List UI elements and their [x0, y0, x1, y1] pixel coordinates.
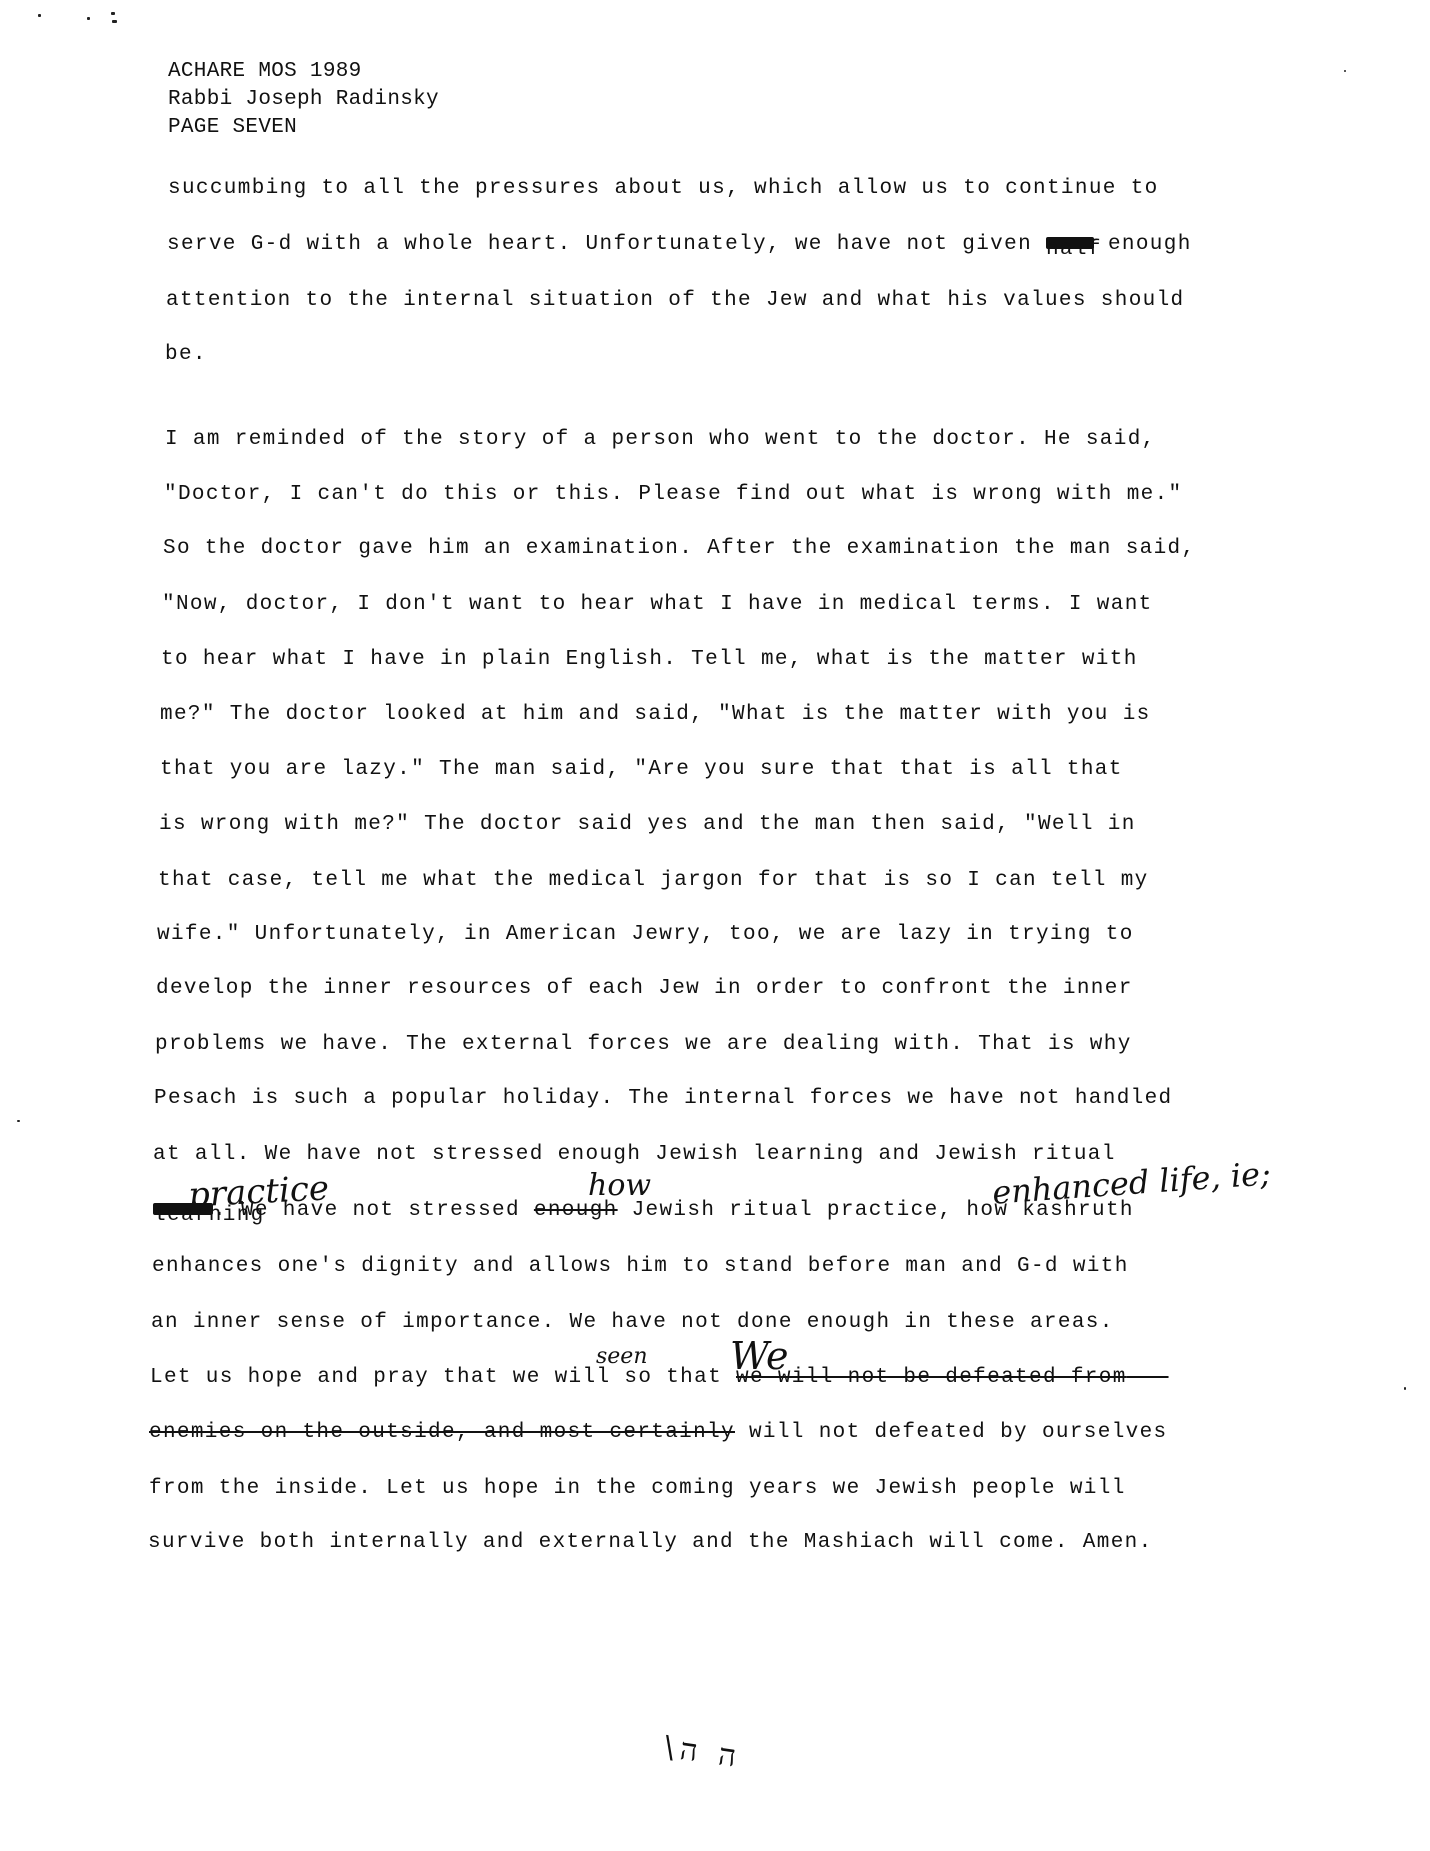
text-line: problems we have. The external forces we… — [155, 1032, 1132, 1058]
text-line: me?" The doctor looked at him and said, … — [160, 702, 1151, 728]
text-line: from the inside. Let us hope in the comi… — [149, 1476, 1126, 1502]
text-line: learning. We have not stressed enough Je… — [153, 1198, 1134, 1224]
text-line: enhances one's dignity and allows him to… — [152, 1254, 1129, 1280]
sermon-title: ACHARE MOS 1989 — [168, 58, 439, 86]
text-line: survive both internally and externally a… — [148, 1530, 1153, 1556]
author-name: Rabbi Joseph Radinsky — [168, 86, 439, 114]
text-segment: will not defeated by ourselves — [749, 1421, 1168, 1444]
struck-word-learning: learning — [153, 1203, 213, 1215]
scan-speck — [38, 14, 41, 17]
text-line: develop the inner resources of each Jew … — [156, 976, 1133, 1002]
text-line: be. — [165, 342, 207, 368]
handwritten-page-number: \ה ה — [662, 1730, 744, 1776]
scan-speck — [17, 1120, 20, 1122]
text-line: is wrong with me?" The doctor said yes a… — [159, 812, 1136, 838]
text-line: wife." Unfortunately, in American Jewry,… — [157, 922, 1134, 948]
text-segment: serve G-d with a whole heart. Unfortunat… — [167, 233, 1032, 256]
text-line: Let us hope and pray that we will so tha… — [150, 1365, 1169, 1391]
document-page: ACHARE MOS 1989 Rabbi Joseph Radinsky PA… — [0, 0, 1430, 1851]
text-line: "Doctor, I can't do this or this. Please… — [164, 482, 1183, 508]
text-line: So the doctor gave him an examination. A… — [163, 536, 1195, 562]
text-segment: enough — [1108, 233, 1192, 256]
scan-speck — [1404, 1387, 1406, 1390]
struck-phrase-defeated-from: we will not be defeated from — [736, 1366, 1127, 1389]
page-label: PAGE SEVEN — [168, 114, 439, 142]
text-segment: Jewish ritual practice, how kashruth — [632, 1199, 1134, 1222]
text-line: that case, tell me what the medical jarg… — [158, 868, 1149, 894]
text-line: I am reminded of the story of a person w… — [165, 427, 1156, 453]
text-line: to hear what I have in plain English. Te… — [161, 647, 1138, 673]
text-segment: . We have not stressed — [213, 1199, 520, 1222]
text-line: that you are lazy." The man said, "Are y… — [160, 757, 1123, 783]
struck-phrase-enemies: enemies on the outside, and most certain… — [149, 1421, 735, 1444]
scan-speck — [112, 20, 117, 23]
text-line: enemies on the outside, and most certain… — [149, 1420, 1168, 1446]
text-line: serve G-d with a whole heart. Unfortunat… — [167, 232, 1192, 258]
text-line: an inner sense of importance. We have no… — [151, 1310, 1114, 1336]
text-line: Pesach is such a popular holiday. The in… — [154, 1086, 1173, 1112]
scan-speck — [87, 17, 90, 20]
struck-word-enough: enough — [534, 1199, 618, 1222]
text-line: "Now, doctor, I don't want to hear what … — [162, 592, 1153, 618]
document-header: ACHARE MOS 1989 Rabbi Joseph Radinsky PA… — [168, 58, 439, 142]
scan-speck — [111, 12, 115, 15]
struck-word-half: half — [1046, 237, 1094, 249]
strike-tail — [1127, 1366, 1169, 1389]
text-line: attention to the internal situation of t… — [166, 288, 1185, 314]
text-line: at all. We have not stressed enough Jewi… — [153, 1142, 1116, 1168]
scan-speck — [1344, 70, 1346, 72]
text-segment: Let us hope and pray that we will so tha… — [150, 1366, 722, 1389]
text-line: succumbing to all the pressures about us… — [168, 176, 1159, 202]
